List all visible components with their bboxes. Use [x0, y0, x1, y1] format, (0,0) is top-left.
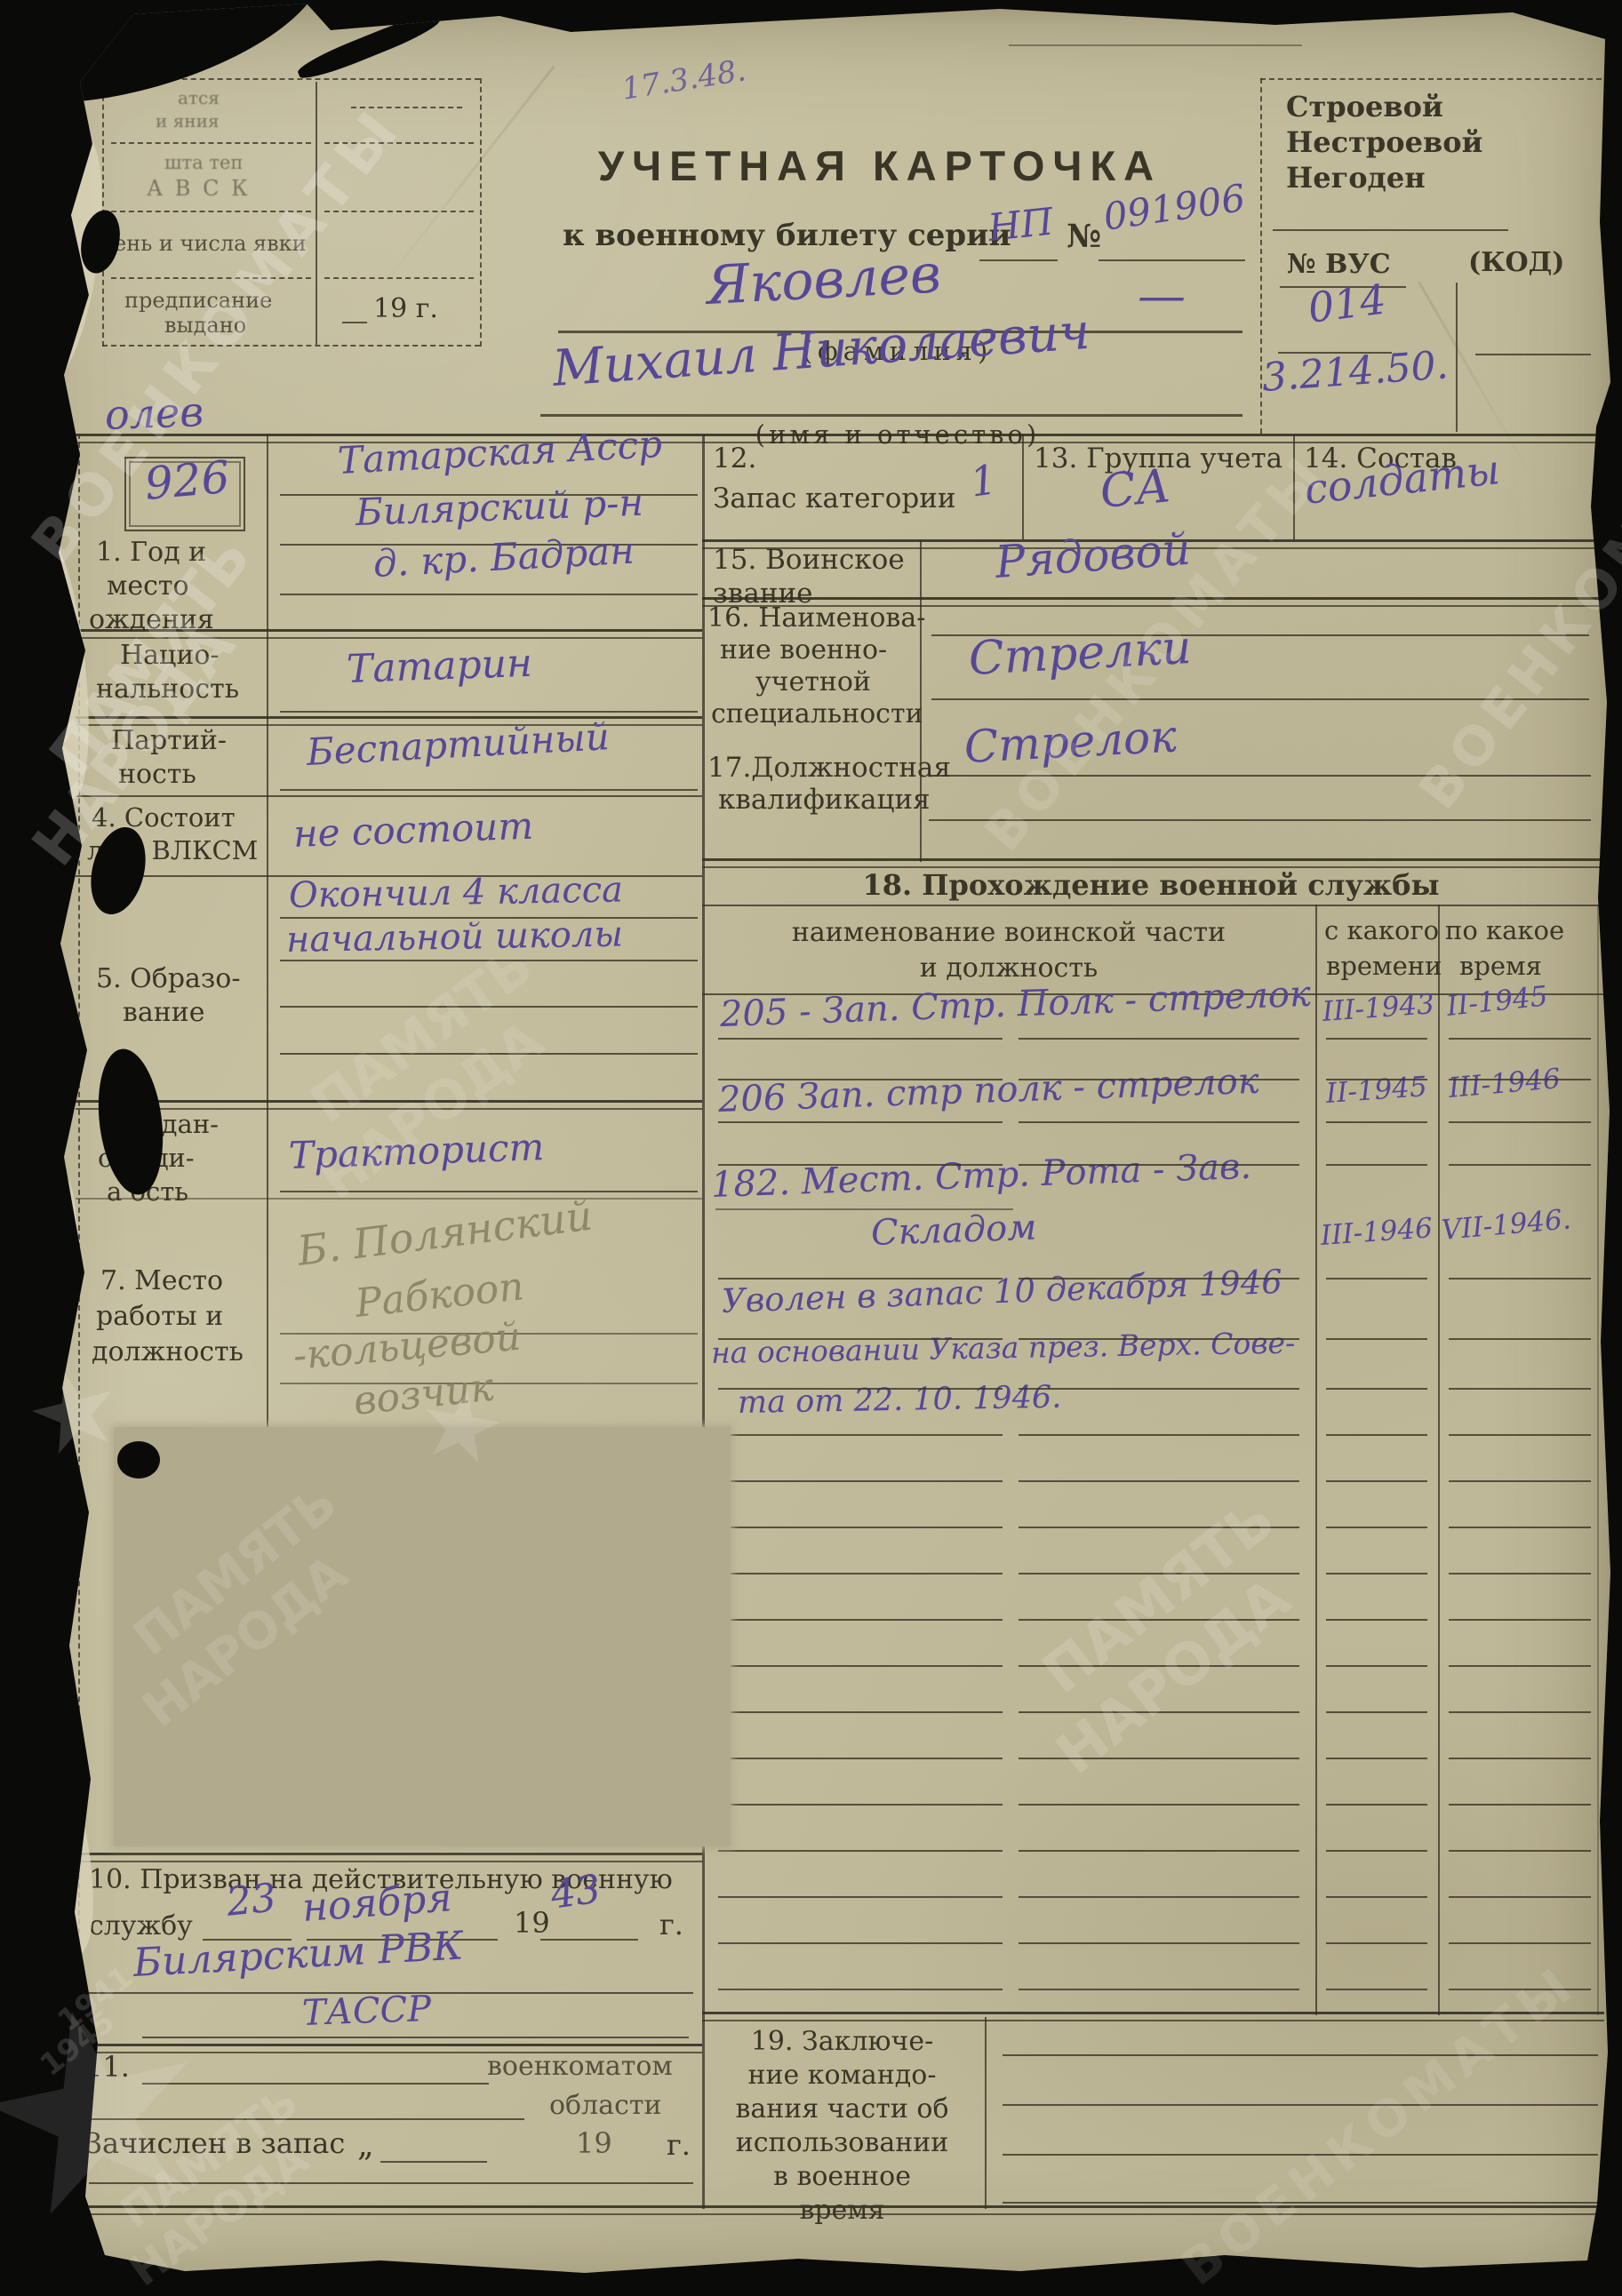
- section19-label: вания части об: [711, 2095, 973, 2124]
- stamp-fragment: предписание: [124, 290, 272, 312]
- section19-label: время: [711, 2196, 973, 2225]
- section19-label: в военное: [711, 2163, 973, 2191]
- rule-line: [718, 1388, 1003, 1390]
- service-col-to2: время: [1459, 953, 1542, 979]
- rule-line: [1326, 1942, 1427, 1944]
- rule-line: [1449, 1942, 1591, 1944]
- rule-line: [1326, 1804, 1427, 1806]
- stamp-year-blank: 19 г.: [373, 295, 438, 323]
- field16-label3: учетной: [755, 668, 871, 697]
- rule-line: [1449, 1573, 1591, 1575]
- field17-label2: квалификация: [718, 785, 931, 815]
- rule-line: [1019, 1619, 1299, 1621]
- rule-line: [1326, 1527, 1427, 1528]
- rule-line: [1019, 1434, 1299, 1436]
- service-right-border: [1597, 905, 1599, 2015]
- rule-line: [280, 960, 698, 961]
- rule-line: [1326, 1121, 1427, 1123]
- subtitle: к военному билету серии: [563, 220, 1011, 252]
- center-divider: [702, 434, 705, 2209]
- rule-line: [1449, 1278, 1591, 1280]
- service-row-to: III-1946: [1448, 1065, 1562, 1103]
- name-patronymic-value: Михаил Николаевич: [551, 307, 1091, 395]
- rule-line: [1326, 1079, 1427, 1080]
- section19-label: ние командо-: [711, 2061, 973, 2090]
- field17-label: 17.Должностная: [707, 753, 951, 783]
- service-col-from: с какого: [1324, 917, 1439, 944]
- service-col-name: наименование воинской части: [711, 919, 1306, 947]
- section10-label2: службу: [89, 1912, 193, 1941]
- rule-line: [1019, 1388, 1299, 1390]
- workplace-line4: возчик: [352, 1368, 496, 1422]
- surname-dash: —: [1138, 272, 1186, 320]
- civil-specialty-value: Тракторист: [288, 1128, 545, 1175]
- rule-line: [540, 1939, 638, 1941]
- rule-line: [1003, 2104, 1598, 2106]
- callup-tassr-value: ТАССР: [301, 1991, 431, 2031]
- rule-line: [142, 2037, 689, 2038]
- rule-line: [89, 2118, 524, 2120]
- rule-line: [979, 259, 1058, 261]
- rule-line: [718, 1989, 1003, 1990]
- stamp-fragment: выдано: [164, 315, 246, 337]
- section11-voenkomat-label: военкоматом: [487, 2053, 673, 2081]
- callup-month-value: ноября: [300, 1878, 452, 1928]
- education-line2: начальной школы: [286, 916, 624, 958]
- rule-line: [1019, 1038, 1299, 1040]
- rule-line: [1449, 1896, 1591, 1898]
- rule-line: [718, 1338, 1003, 1340]
- torn-edge: [18, 531, 99, 802]
- section11-oblast-label: области: [549, 2092, 661, 2120]
- service-col-to: по какое: [1445, 917, 1564, 944]
- rule-line: [1326, 1278, 1427, 1280]
- rule-line: [1326, 1434, 1427, 1436]
- rule-line: [1019, 1121, 1299, 1123]
- date-note: 17.3.48.: [619, 55, 747, 105]
- field3-label: Партий-: [111, 727, 227, 755]
- rule-line: [1326, 1989, 1427, 1990]
- stamp-box-divider: [316, 82, 317, 345]
- rule-line: [380, 2161, 487, 2163]
- stamp-box-border: [102, 345, 480, 347]
- service-row-unit: 206 Зап. стр полк - стрелок: [717, 1064, 1259, 1118]
- rule-line: [1449, 1665, 1591, 1667]
- paper-crease: [372, 66, 555, 299]
- field5-label: 5. Образо-: [96, 965, 240, 993]
- rule-line: [718, 1711, 1003, 1713]
- rule-line: [1449, 1804, 1591, 1806]
- surname-value: Яковлев: [705, 247, 942, 313]
- rule-line: [718, 1038, 1003, 1040]
- callup-day-value: 23: [225, 1878, 278, 1923]
- section11-enlisted-label: Зачислен в запас: [84, 2129, 345, 2159]
- service-table-title: 18. Прохождение военной службы: [702, 871, 1600, 901]
- rule-line: [1449, 1989, 1591, 1990]
- rule-line: [1449, 1121, 1591, 1123]
- stamp-fragment: и яния: [156, 112, 220, 131]
- stamp-fragment: атся: [178, 89, 220, 108]
- rule-line: [931, 698, 1589, 700]
- torn-edge: [17, 1171, 85, 1406]
- stamp-fragment: ень и числа явки: [114, 233, 307, 255]
- column-divider: [1293, 435, 1295, 539]
- rule-line: [718, 1896, 1003, 1898]
- rule-line: [1003, 2054, 1598, 2056]
- rule-line: [1449, 1079, 1591, 1080]
- rule-line: [1449, 1850, 1591, 1852]
- stamp-fragment: А В С К: [147, 178, 251, 200]
- field12-label: 12.: [713, 444, 756, 474]
- rule-line: [1449, 1527, 1591, 1528]
- service-row-unit: 182. Мест. Стр. Рота - Зав.: [710, 1149, 1251, 1203]
- section10-top-border: [76, 1853, 702, 1862]
- rule-line: [1449, 1711, 1591, 1713]
- rule-line: [1019, 1527, 1299, 1528]
- grade-option-negoden: Негоден: [1286, 163, 1426, 194]
- grade-box-divider: [1456, 283, 1458, 432]
- section11-number: 11.: [84, 2053, 130, 2083]
- field5-label: вание: [123, 999, 205, 1027]
- rule-line: [1019, 1942, 1299, 1944]
- rule-line: [142, 2083, 489, 2085]
- rule-line: [1019, 1278, 1299, 1280]
- paper-hole: [91, 1045, 171, 1198]
- field7-label: 7. Место: [100, 1267, 223, 1295]
- section19-divider: [985, 2017, 987, 2209]
- service-row-unit2: Складом: [870, 1210, 1037, 1251]
- field15-label: 15. Воинское: [713, 546, 905, 575]
- rule-line: [718, 1480, 1003, 1482]
- birth-place-line2: Билярский р-н: [355, 484, 643, 531]
- field16-label4: специальности: [711, 700, 923, 729]
- field1-label: 1. Год и: [96, 538, 206, 567]
- rule-line: [1449, 1338, 1591, 1340]
- enlist-year-prefix: 19: [576, 2129, 612, 2159]
- field12-label2: Запас категории: [713, 484, 956, 514]
- rule-line: [1449, 1164, 1591, 1166]
- section19-label: 19. Заключе-: [711, 2028, 973, 2056]
- rule-line: [718, 1434, 1003, 1436]
- military-rank-value: Рядовой: [994, 527, 1192, 585]
- discharge-line1: Уволен в запас 10 декабря 1946: [721, 1265, 1282, 1318]
- rule-line: [929, 775, 1591, 777]
- service-row-to: II-1945: [1445, 983, 1548, 1021]
- rule-line: [89, 2182, 693, 2184]
- service-col-from2: времени: [1326, 953, 1442, 979]
- reserve-category-value: 1: [968, 458, 999, 503]
- rule-line: [718, 1573, 1003, 1575]
- rule-line: [111, 142, 311, 144]
- service-row-from: III-1946: [1320, 1215, 1434, 1250]
- rule-line: [111, 277, 311, 279]
- rule-line: [718, 1942, 1003, 1944]
- rule-line: [1019, 1804, 1299, 1806]
- rule-line: [280, 1053, 698, 1055]
- rule-line: [1326, 1850, 1427, 1852]
- account-group-value: СА: [1099, 463, 1172, 515]
- quote-mark: „: [357, 2129, 374, 2163]
- rule-line: [1326, 1711, 1427, 1713]
- rule-line: [540, 414, 1242, 417]
- rule-line: [280, 1006, 698, 1008]
- field16-label2: ние военно-: [720, 636, 887, 665]
- rule-line: [1449, 1434, 1591, 1436]
- stamp-fragment: шта теп: [164, 153, 243, 172]
- field3-label: ность: [118, 761, 196, 789]
- rule-line: [1326, 1480, 1427, 1482]
- rule-line: [718, 1121, 1003, 1123]
- rule-line: [1019, 1573, 1299, 1575]
- section19-label: использовании: [711, 2129, 973, 2157]
- rule-line: [1449, 1480, 1591, 1482]
- kod-label: (КОД): [1468, 249, 1565, 277]
- rule-line: [1019, 1896, 1299, 1898]
- field1-label: место: [107, 572, 189, 601]
- field16-label: 16. Наименова-: [707, 604, 925, 633]
- rule-line: [1326, 1573, 1427, 1575]
- service-row-from: III-1943: [1322, 991, 1435, 1026]
- rule-line: [1019, 1989, 1299, 1990]
- workplace-line1: Б. Полянский: [295, 1195, 595, 1272]
- document-title: УЧЕТНАЯ КАРТОЧКА: [551, 144, 1209, 187]
- rule-line: [1019, 1338, 1299, 1340]
- rule-line: [342, 322, 367, 323]
- party-status-value: Беспартийный: [306, 718, 611, 771]
- callup-year-prefix: 19: [514, 1909, 550, 1939]
- registration-card-paper: атся и яния шта теп А В С К ень и числа …: [0, 0, 1622, 2296]
- paper-tear: [295, 8, 443, 84]
- rule-line: [718, 1665, 1003, 1667]
- rule-line: [1019, 1079, 1299, 1080]
- rule-line: [280, 789, 698, 791]
- rule-line: [1449, 1388, 1591, 1390]
- military-specialty-value: Стрелки: [968, 625, 1193, 682]
- rule-line: [1475, 354, 1591, 355]
- rule-line: [1009, 44, 1302, 46]
- field2-label: нальность: [96, 675, 239, 704]
- rule-line: [324, 142, 474, 144]
- rule-line: [1019, 1850, 1299, 1852]
- column-divider: [1022, 435, 1024, 539]
- rule-line: [1326, 1388, 1427, 1390]
- vus-number-label: № ВУС: [1287, 251, 1391, 279]
- row-divider: [76, 795, 702, 797]
- rule-line: [718, 1804, 1003, 1806]
- rule-line: [324, 277, 474, 279]
- rule-line: [1449, 1038, 1591, 1040]
- rule-line: [1326, 1038, 1427, 1040]
- rule-line: [718, 1850, 1003, 1852]
- margin-note: олев: [104, 391, 204, 435]
- rule-line: [280, 711, 698, 713]
- field2-label: Нацио-: [120, 642, 220, 670]
- service-bottom-border: [702, 2012, 1604, 2021]
- discharge-line2: на основании Указа през. Верх. Сове-: [711, 1328, 1296, 1367]
- field7-label: должность: [92, 1338, 244, 1367]
- rule-line: [718, 1619, 1003, 1621]
- grade-option-nestroevoy: Нестроевой: [1286, 128, 1482, 158]
- rule-line: [1019, 1480, 1299, 1482]
- vus-code-value: 3.214.50.: [1260, 346, 1449, 398]
- redaction-patch: [114, 1427, 731, 1846]
- callup-year-value: 43: [548, 1869, 603, 1915]
- rule-line: [1326, 1896, 1427, 1898]
- rule-line: [1099, 259, 1245, 261]
- service-col-divider: [1438, 905, 1440, 2015]
- birth-place-line3: д. кр. Бадран: [372, 532, 635, 583]
- number-sign: №: [1067, 220, 1101, 254]
- grade-box-border: [1260, 78, 1602, 80]
- rule-line: [929, 819, 1591, 821]
- rule-line: [1273, 229, 1508, 231]
- label-value-divider: [267, 434, 268, 1427]
- service-row-to: VII-1946.: [1441, 1206, 1572, 1245]
- service-col-divider: [1315, 905, 1317, 2015]
- row-divider: [76, 629, 702, 639]
- rule-line: [1019, 1164, 1299, 1166]
- enlist-year-suffix: г.: [667, 2131, 691, 2161]
- ticket-series-value: НП: [987, 203, 1055, 246]
- rule-line: [1003, 2202, 1598, 2204]
- rule-line: [1019, 1758, 1299, 1759]
- rule-line: [1449, 1619, 1591, 1621]
- rule-line: [718, 1758, 1003, 1759]
- rule-line: [702, 905, 1604, 906]
- rule-line: [718, 1164, 1003, 1166]
- rule-line: [718, 1527, 1003, 1528]
- komsomol-value: не состоит: [292, 808, 534, 853]
- qualification-value: Стрелок: [963, 714, 1178, 769]
- rule-line: [718, 1079, 1003, 1080]
- rule-line: [280, 594, 698, 595]
- paper-hole: [117, 1441, 160, 1479]
- rule-line: [280, 1191, 698, 1192]
- rule-line: [1326, 1665, 1427, 1667]
- birth-year-value: 926: [143, 455, 231, 506]
- row-divider: [76, 1198, 702, 1200]
- rule-line: [1003, 2154, 1598, 2156]
- nationality-value: Татарин: [346, 644, 532, 690]
- rule-line: [1326, 1758, 1427, 1759]
- stamp-box-border: [480, 78, 482, 347]
- rule-line: [351, 107, 462, 108]
- rule-line: [1019, 1711, 1299, 1713]
- rule-line: [324, 211, 474, 212]
- field7-label: работы и: [96, 1303, 223, 1331]
- rule-line: [1326, 1619, 1427, 1621]
- rule-line: [1019, 1665, 1299, 1667]
- education-line1: Окончил 4 класса: [289, 872, 624, 913]
- rule-line: [1449, 1758, 1591, 1759]
- rule-line: [1326, 1164, 1427, 1166]
- rule-line: [718, 1278, 1003, 1280]
- field4-label: 4. Состоит: [92, 804, 236, 831]
- rule-line: [111, 211, 311, 212]
- grade-option-stroevoy: Строевой: [1286, 92, 1443, 123]
- vus-number-value: 014: [1306, 278, 1388, 328]
- rule-line: [1326, 1338, 1427, 1340]
- row-divider: [702, 858, 1604, 868]
- service-row-unit: 205 - Зап. Стр. Полк - стрелок: [719, 977, 1311, 1032]
- callup-year-suffix: г.: [659, 1910, 683, 1941]
